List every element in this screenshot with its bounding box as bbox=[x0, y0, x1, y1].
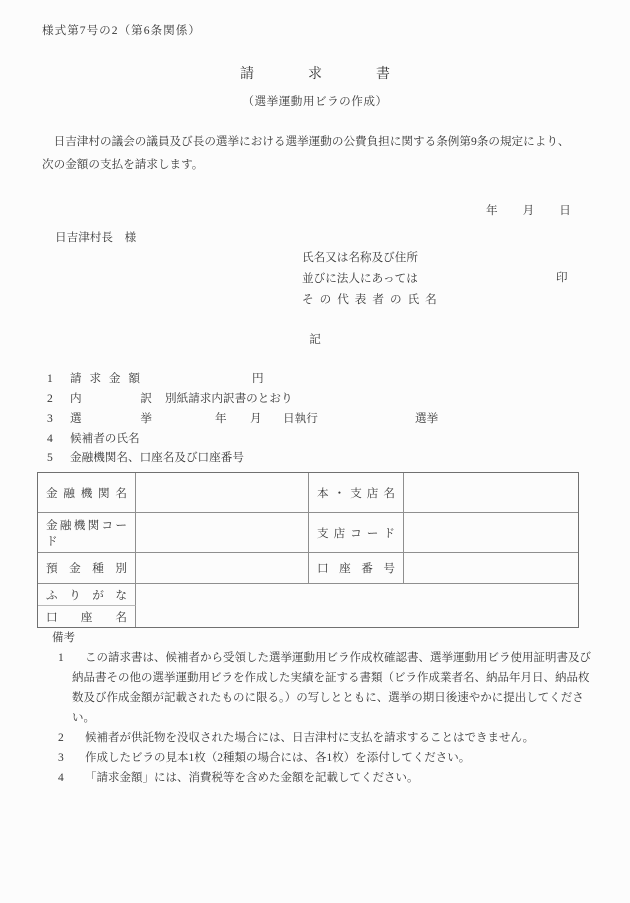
list-item-candidate-name: 4 候補者の氏名 bbox=[0, 430, 630, 448]
note-4-number: 4 bbox=[58, 768, 64, 788]
note-4: 4 「請求金額」には、消費税等を含めた金額を記載してください。 bbox=[42, 768, 594, 788]
notes-section: 備考 1 この請求書は、候補者から受領した選挙運動用ビラ作成枚確認書、選挙運動用… bbox=[42, 628, 594, 788]
bank-account-table: 金融機関名 本・支店名 金融機関コード 支店コード 預金種別 口座番号 ふりがな… bbox=[37, 472, 579, 628]
branch-code-value-cell bbox=[404, 513, 578, 553]
list-item-bank-info: 5 金融機関名、口座名及び口座番号 bbox=[0, 449, 630, 467]
election-suffix-label: 選挙 bbox=[415, 410, 438, 428]
applicant-line-1: 氏名又は名称及び住所 bbox=[302, 247, 443, 268]
branch-name-value-cell bbox=[404, 473, 578, 513]
note-4-line-1: 「請求金額」には、消費税等を含めた金額を記載してください。 bbox=[72, 768, 594, 788]
note-1-number: 1 bbox=[58, 648, 64, 668]
breakdown-label: 内訳 bbox=[70, 390, 152, 408]
note-1-line-3: 数及び作成金額が記載されたものに限る。）の写しとともに、選挙の期日後速やかに提出… bbox=[72, 688, 594, 708]
list-item-2-number: 2 bbox=[47, 390, 53, 408]
note-1-line-4: い。 bbox=[72, 708, 594, 728]
list-item-3-number: 3 bbox=[47, 410, 53, 428]
day-label: 日 bbox=[559, 202, 571, 218]
section-marker-ki: 記 bbox=[0, 331, 630, 347]
account-name-value-cell bbox=[136, 584, 578, 627]
note-1-line-1: この請求書は、候補者から受領した選挙運動用ビラ作成枚確認書、選挙運動用ビラ使用証… bbox=[72, 648, 594, 668]
note-2: 2 候補者が供託物を没収された場合には、日吉津村に支払を請求することはできません… bbox=[42, 728, 594, 748]
note-3: 3 作成したビラの見本1枚（2種類の場合には、各1枚）を添付してください。 bbox=[42, 748, 594, 768]
list-item-breakdown: 2 内訳 別紙請求内訳書のとおり bbox=[0, 390, 630, 408]
election-label: 選挙 bbox=[70, 410, 152, 428]
body-paragraph: 日吉津村の議会の議員及び長の選挙における選挙運動の公費負担に関する条例第9条の規… bbox=[42, 130, 590, 176]
election-day-exec-label: 日執行 bbox=[283, 410, 318, 428]
year-label: 年 bbox=[486, 202, 498, 218]
breakdown-value: 別紙請求内訳書のとおり bbox=[165, 390, 293, 408]
yen-unit-label: 円 bbox=[252, 370, 264, 388]
document-title-text: 請求書 bbox=[240, 67, 444, 82]
addressee: 日吉津村長 様 bbox=[55, 229, 136, 245]
deposit-type-label: 預金種別 bbox=[38, 553, 136, 584]
seal-mark: 印 bbox=[556, 269, 568, 285]
body-paragraph-line-2: 次の金額の支払を請求します。 bbox=[42, 153, 590, 176]
account-number-value-cell bbox=[404, 553, 578, 584]
applicant-name-block: 氏名又は名称及び住所 並びに法人にあっては その代表者の氏名 bbox=[302, 247, 443, 310]
document-title: 請求書 bbox=[0, 63, 630, 83]
deposit-type-value-cell bbox=[136, 553, 309, 584]
document-page: 様式第7号の2（第6条関係） 請求書 （選挙運動用ビラの作成） 日吉津村の議会の… bbox=[0, 0, 630, 903]
claim-amount-label: 請求金額 bbox=[70, 370, 140, 388]
branch-name-label: 本・支店名 bbox=[309, 473, 404, 513]
election-month-label: 月 bbox=[250, 410, 262, 428]
list-item-claim-amount: 1 請求金額 円 bbox=[0, 370, 630, 388]
financial-institution-code-label: 金融機関コード bbox=[38, 513, 136, 553]
applicant-line-2: 並びに法人にあっては bbox=[302, 268, 443, 289]
financial-institution-name-value-cell bbox=[136, 473, 309, 513]
account-name-label: 口座名 bbox=[38, 606, 136, 627]
note-2-number: 2 bbox=[58, 728, 64, 748]
document-subtitle: （選挙運動用ビラの作成） bbox=[0, 93, 630, 109]
applicant-line-3: その代表者の氏名 bbox=[302, 289, 443, 310]
list-item-1-number: 1 bbox=[47, 370, 53, 388]
furigana-label: ふりがな bbox=[38, 584, 136, 606]
account-number-label: 口座番号 bbox=[309, 553, 404, 584]
election-year-label: 年 bbox=[215, 410, 227, 428]
financial-institution-code-value-cell bbox=[136, 513, 309, 553]
form-number: 様式第7号の2（第6条関係） bbox=[42, 22, 201, 38]
note-1: 1 この請求書は、候補者から受領した選挙運動用ビラ作成枚確認書、選挙運動用ビラ使… bbox=[42, 648, 594, 728]
note-2-line-1: 候補者が供託物を没収された場合には、日吉津村に支払を請求することはできません。 bbox=[72, 728, 594, 748]
list-item-election: 3 選挙 年 月 日執行 選挙 bbox=[0, 410, 630, 428]
note-3-line-1: 作成したビラの見本1枚（2種類の場合には、各1枚）を添付してください。 bbox=[72, 748, 594, 768]
body-paragraph-line-1: 日吉津村の議会の議員及び長の選挙における選挙運動の公費負担に関する条例第9条の規… bbox=[42, 130, 590, 153]
note-1-line-2: 納品書その他の選挙運動用ビラを作成した実績を証する書類（ビラ作成業者名、納品年月… bbox=[72, 668, 594, 688]
bank-info-label: 金融機関名、口座名及び口座番号 bbox=[70, 449, 244, 467]
list-item-5-number: 5 bbox=[47, 449, 53, 467]
month-label: 月 bbox=[523, 202, 535, 218]
list-item-4-number: 4 bbox=[47, 430, 53, 448]
notes-heading: 備考 bbox=[42, 628, 594, 648]
date-line: 年 月 日 bbox=[486, 202, 571, 218]
financial-institution-name-label: 金融機関名 bbox=[38, 473, 136, 513]
candidate-name-label: 候補者の氏名 bbox=[70, 430, 140, 448]
note-3-number: 3 bbox=[58, 748, 64, 768]
branch-code-label: 支店コード bbox=[309, 513, 404, 553]
